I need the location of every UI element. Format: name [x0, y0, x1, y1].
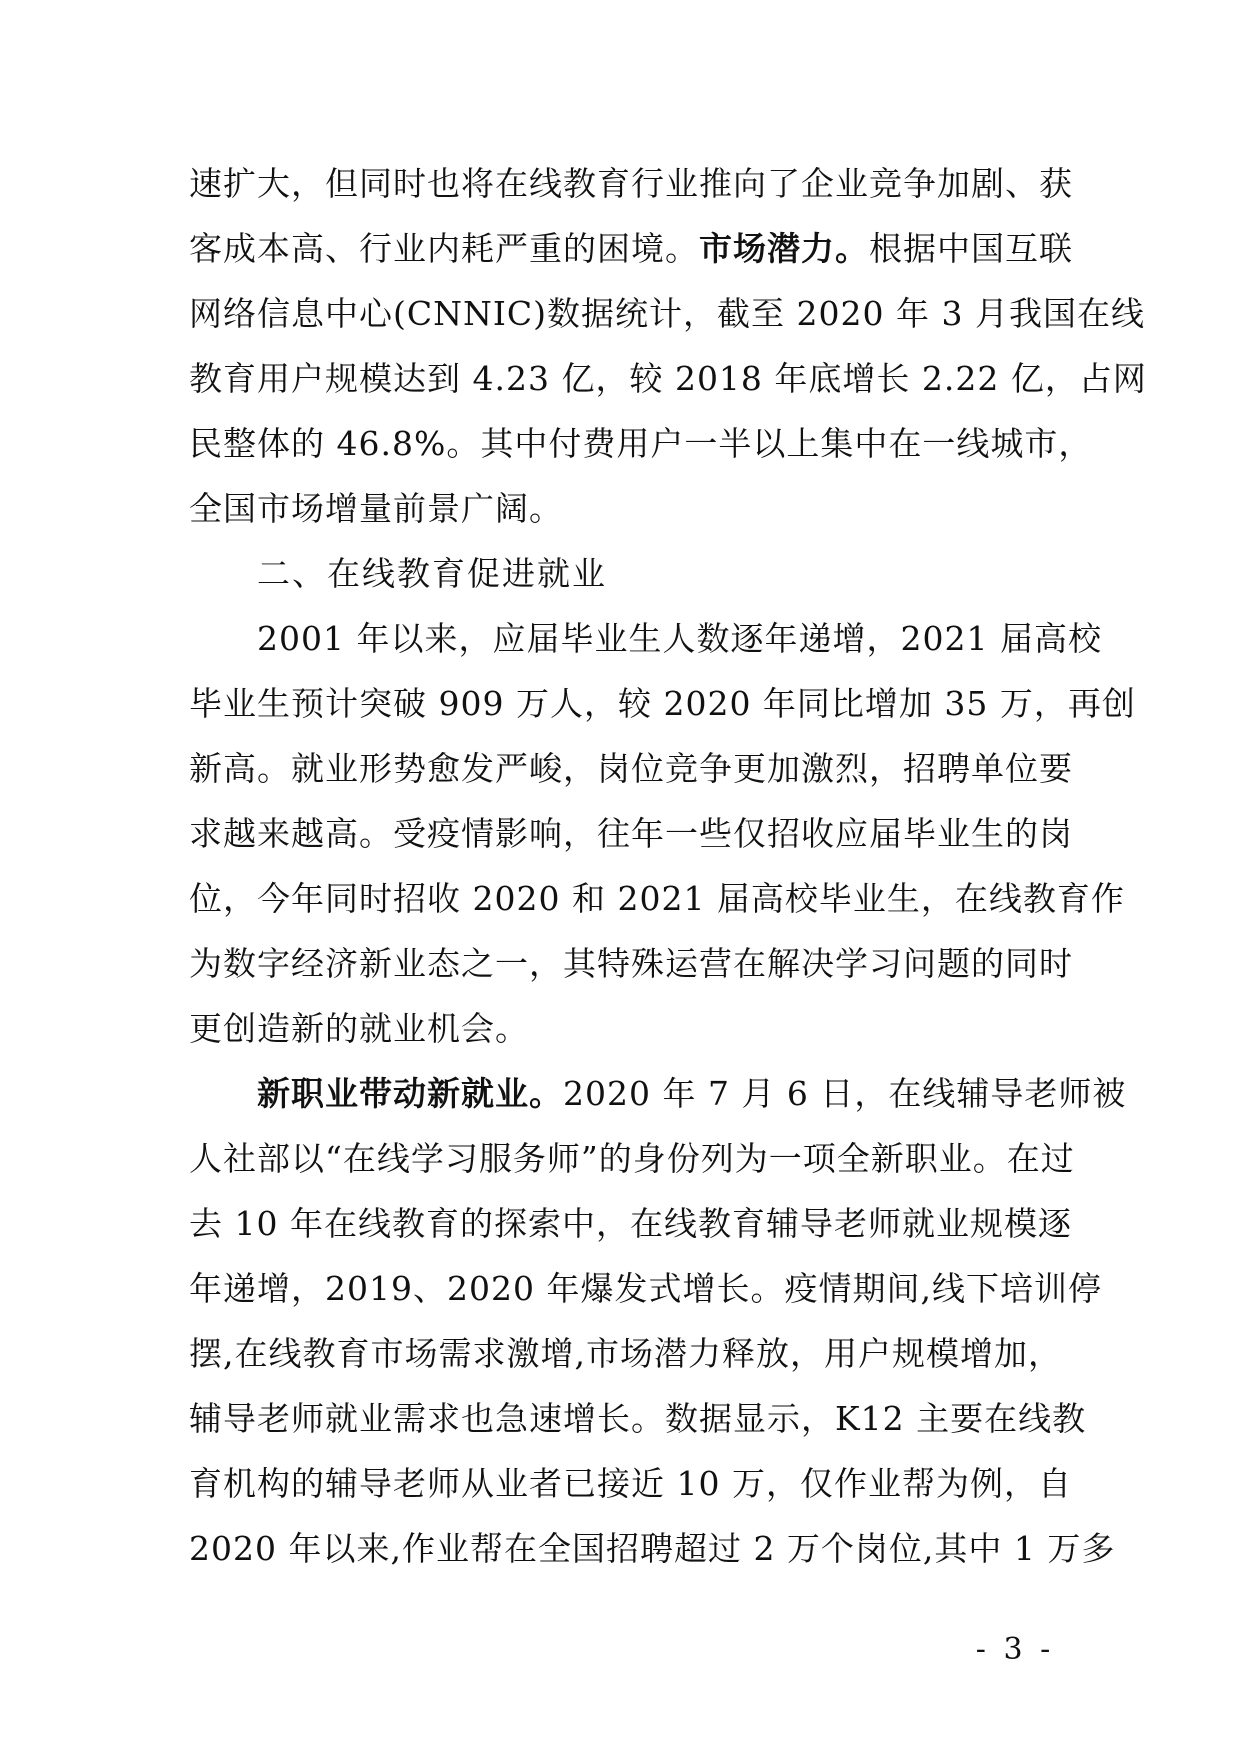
paragraph-1-line-2-text: 客成本高、行业内耗严重的困境。 — [189, 229, 699, 268]
paragraph-3-line-8: 2020 年以来,作业帮在全国招聘超过 2 万个岗位,其中 1 万多 — [189, 1516, 1050, 1581]
bold-lead-new-occupation: 新职业带动新就业。 — [257, 1074, 563, 1113]
paragraph-3-line-4: 年递增，2019、2020 年爆发式增长。疫情期间,线下培训停 — [189, 1256, 1050, 1321]
paragraph-3-line-7: 育机构的辅导老师从业者已接近 10 万，仅作业帮为例，自 — [189, 1451, 1050, 1516]
paragraph-1-line-2-tail: 根据中国互联 — [869, 229, 1073, 268]
paragraph-3-line-3: 去 10 年在线教育的探索中，在线教育辅导老师就业规模逐 — [189, 1191, 1050, 1256]
bold-lead-market-potential: 市场潜力。 — [699, 229, 869, 268]
section-heading: 二、在线教育促进就业 — [257, 541, 1050, 606]
paragraph-3-line-1-tail: 2020 年 7 月 6 日，在线辅导老师被 — [563, 1074, 1126, 1113]
paragraph-1-line-4: 教育用户规模达到 4.23 亿，较 2018 年底增长 2.22 亿，占网 — [189, 346, 1050, 411]
paragraph-2-line-2: 毕业生预计突破 909 万人，较 2020 年同比增加 35 万，再创 — [189, 671, 1050, 736]
paragraph-2-line-6: 为数字经济新业态之一，其特殊运营在解决学习问题的同时 — [189, 931, 1050, 996]
paragraph-3-line-1: 新职业带动新就业。2020 年 7 月 6 日，在线辅导老师被 — [257, 1061, 1050, 1126]
paragraph-2-line-5: 位，今年同时招收 2020 和 2021 届高校毕业生，在线教育作 — [189, 866, 1050, 931]
paragraph-2-line-1: 2001 年以来，应届毕业生人数逐年递增，2021 届高校 — [257, 606, 1050, 671]
paragraph-2-line-7: 更创造新的就业机会。 — [189, 996, 1050, 1061]
paragraph-1-line-1: 速扩大，但同时也将在线教育行业推向了企业竞争加剧、获 — [189, 151, 1050, 216]
paragraph-2-line-3: 新高。就业形势愈发严峻，岗位竞争更加激烈，招聘单位要 — [189, 736, 1050, 801]
page-number: - 3 - — [975, 1626, 1055, 1674]
paragraph-2-line-4: 求越来越高。受疫情影响，往年一些仅招收应届毕业生的岗 — [189, 801, 1050, 866]
paragraph-1-line-6: 全国市场增量前景广阔。 — [189, 476, 1050, 541]
paragraph-1-line-5: 民整体的 46.8%。其中付费用户一半以上集中在一线城市， — [189, 411, 1050, 476]
paragraph-3-line-2: 人社部以“在线学习服务师”的身份列为一项全新职业。在过 — [189, 1126, 1050, 1191]
paragraph-1-line-2: 客成本高、行业内耗严重的困境。市场潜力。根据中国互联 — [189, 216, 1050, 281]
document-page: 速扩大，但同时也将在线教育行业推向了企业竞争加剧、获 客成本高、行业内耗严重的困… — [0, 0, 1240, 1755]
paragraph-1-line-3: 网络信息中心(CNNIC)数据统计，截至 2020 年 3 月我国在线 — [189, 281, 1050, 346]
paragraph-3-line-6: 辅导老师就业需求也急速增长。数据显示，K12 主要在线教 — [189, 1386, 1050, 1451]
paragraph-3-line-5: 摆,在线教育市场需求激增,市场潜力释放，用户规模增加， — [189, 1321, 1050, 1386]
